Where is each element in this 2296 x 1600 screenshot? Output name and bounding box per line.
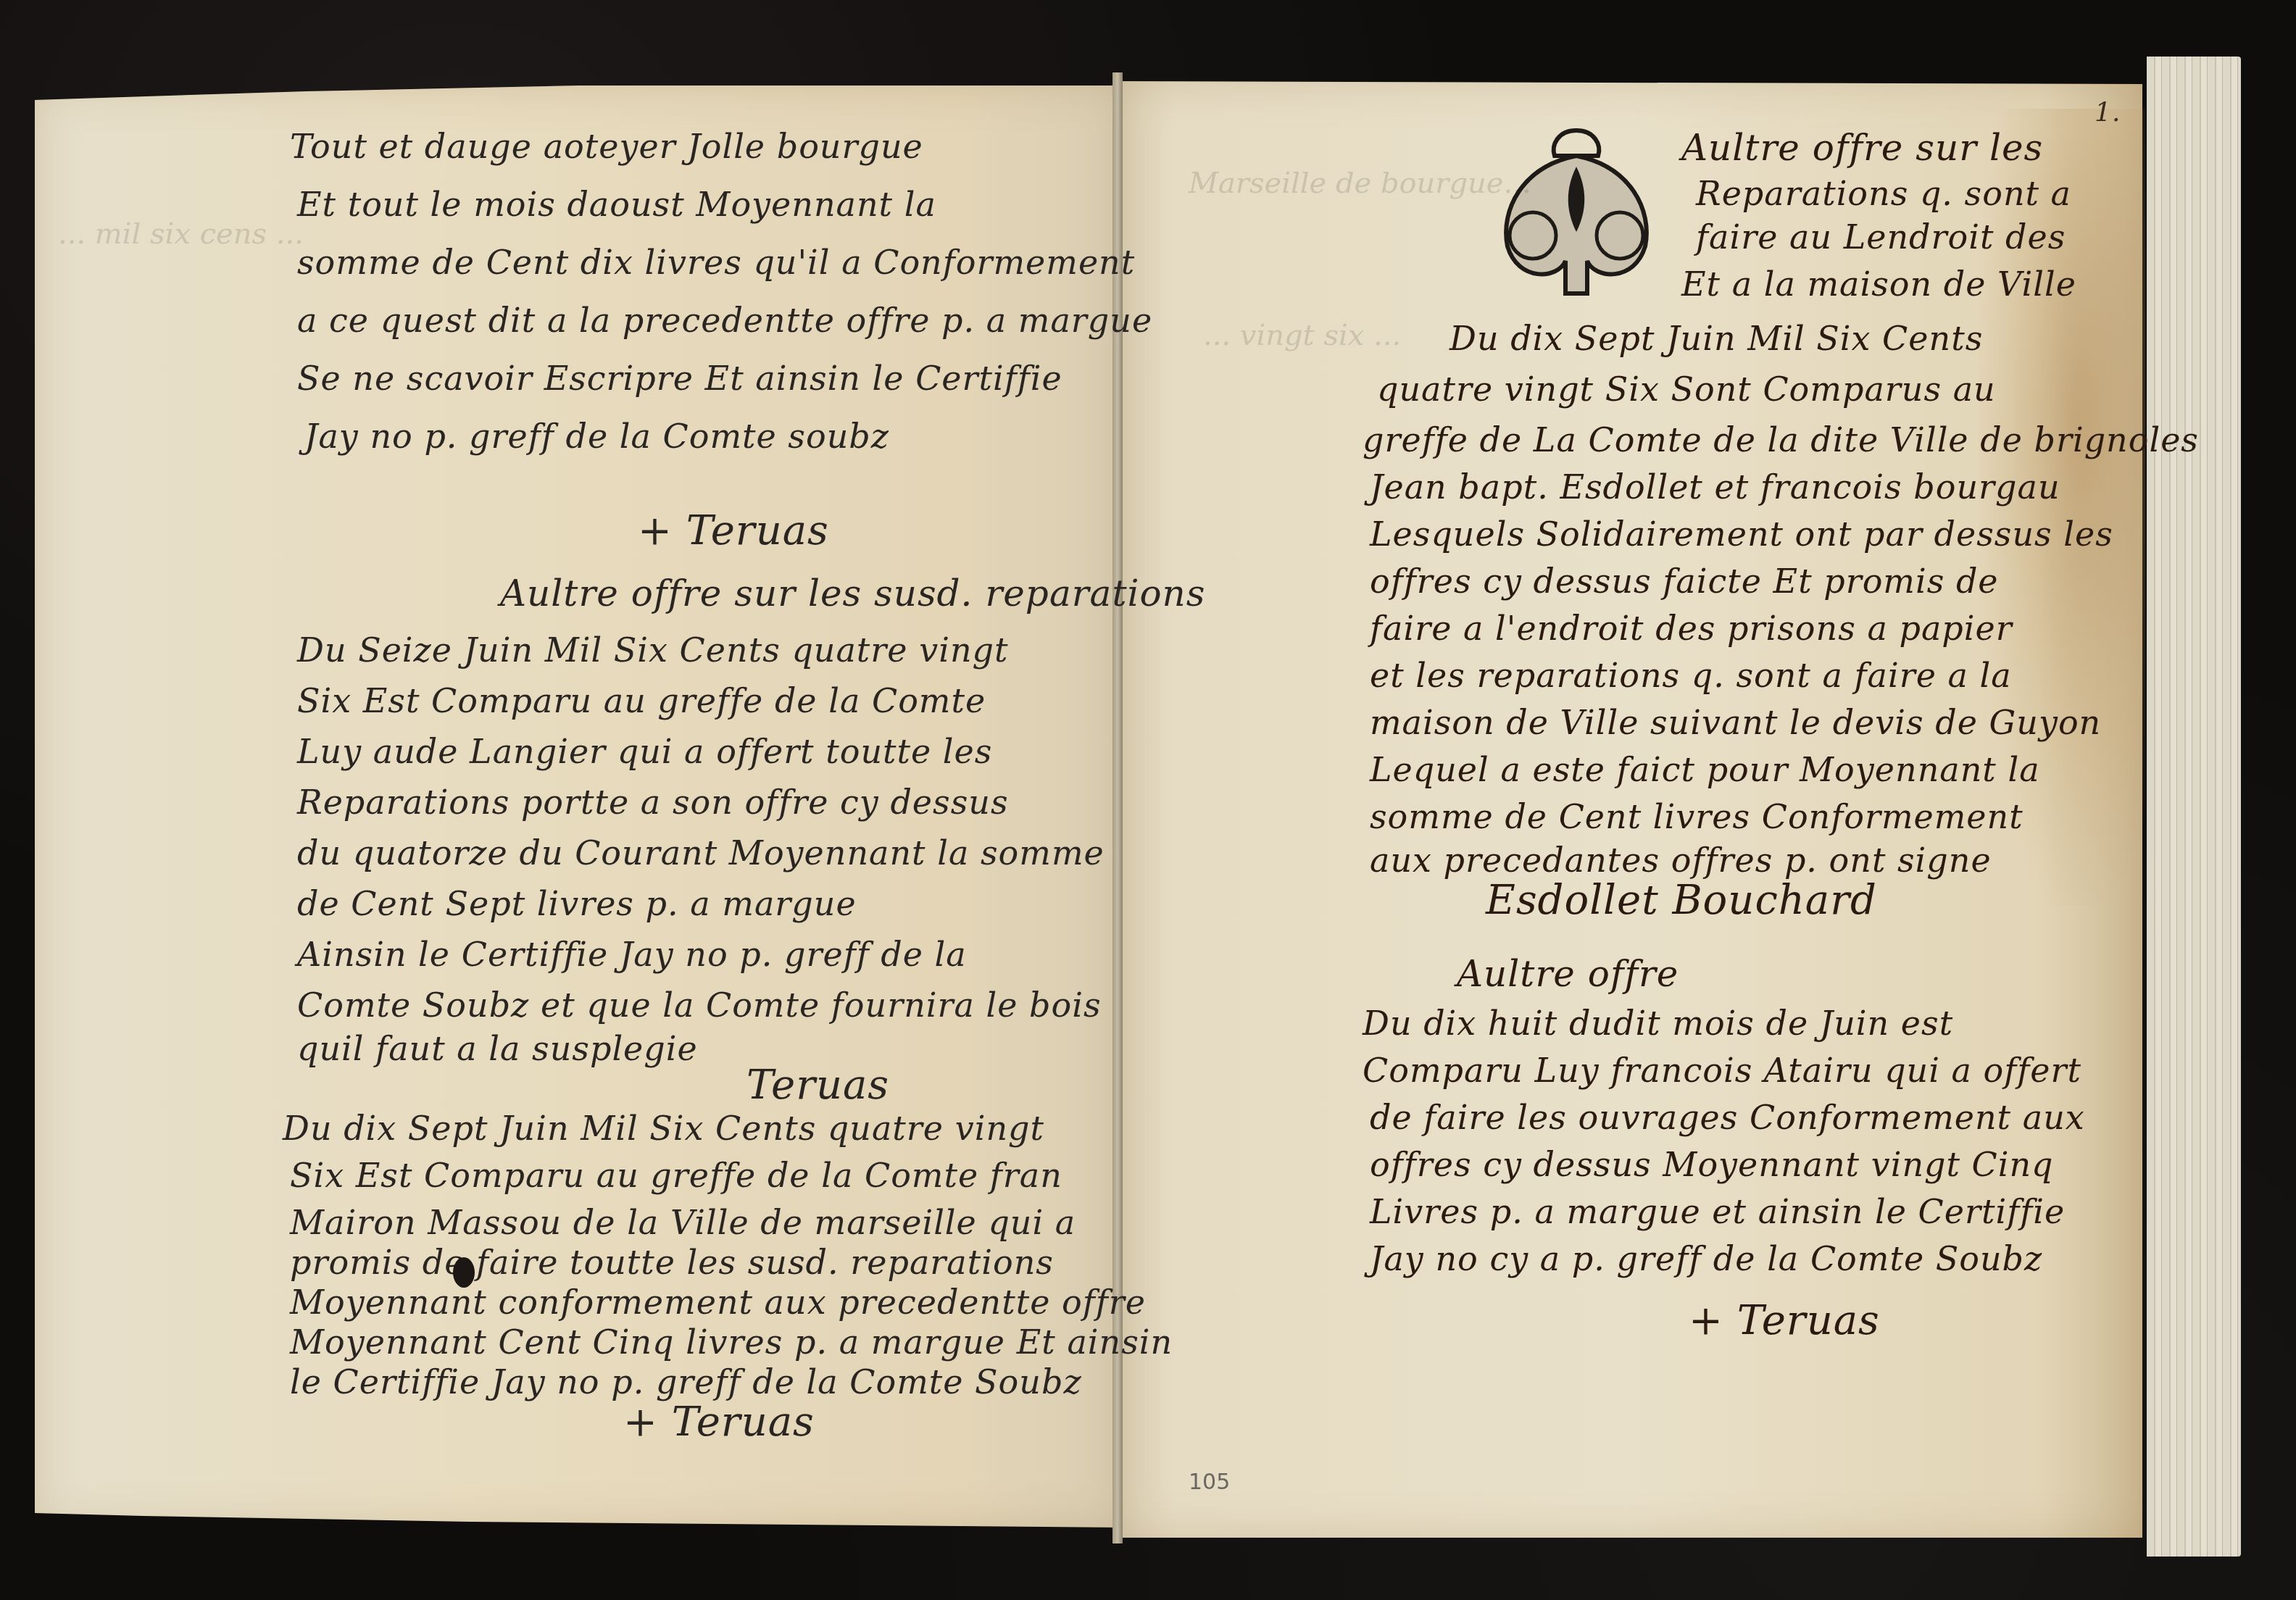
signature: Teruas	[746, 1062, 889, 1109]
manuscript-line: faire au Lendroit des	[1696, 217, 2066, 257]
manuscript-line: de faire les ouvrages Conformement aux	[1370, 1098, 2085, 1137]
manuscript-line: de Cent Sept livres p. a margue	[297, 884, 857, 923]
manuscript-line: Et tout le mois daoust Moyennant la	[297, 185, 936, 224]
manuscript-line: du quatorze du Courant Moyennant la somm…	[297, 833, 1105, 872]
manuscript-line: offres cy dessus Moyennant vingt Cinq	[1370, 1145, 2054, 1184]
manuscript-line: Du Seize Juin Mil Six Cents quatre vingt	[297, 630, 1008, 670]
manuscript-line: Ainsin le Certiffie Jay no p. greff de l…	[297, 935, 967, 974]
corner-mark: 1.	[2095, 98, 2121, 128]
manuscript-line: Se ne scavoir Escripre Et ainsin le Cert…	[297, 359, 1062, 398]
manuscript-line: a ce quest dit a la precedentte offre p.…	[297, 301, 1152, 340]
section-heading: Aultre offre sur les susd. reparations	[500, 572, 1205, 614]
bleed-through-text: ... vingt six ...	[1203, 319, 1401, 352]
manuscript-line: somme de Cent livres Conformement	[1370, 797, 2023, 836]
manuscript-line: le Certiffie Jay no p. greff de la Comte…	[290, 1362, 1082, 1401]
manuscript-line: Tout et dauge aoteyer Jolle bourgue	[290, 127, 923, 166]
manuscript-line: Reparations portte a son offre cy dessus	[297, 783, 1009, 822]
signature: + Teruas	[638, 507, 829, 554]
manuscript-line: Lequel a este faict pour Moyennant la	[1370, 750, 2040, 789]
signatures: Esdollet Bouchard	[1486, 877, 1877, 924]
manuscript-line: Six Est Comparu au greffe de la Comte fr…	[290, 1156, 1062, 1195]
manuscript-line: aux precedantes offres p. ont signe	[1370, 841, 1992, 880]
manuscript-line: faire a l'endroit des prisons a papier	[1370, 609, 2013, 648]
manuscript-line: maison de Ville suivant le devis de Guyo…	[1370, 703, 2101, 742]
manuscript-line: Livres p. a margue et ainsin le Certiffi…	[1370, 1192, 2065, 1231]
manuscript-line: Du dix Sept Juin Mil Six Cents	[1449, 319, 1983, 358]
section-heading: Aultre offre	[1457, 953, 1679, 995]
manuscript-line: Moyennant Cent Cinq livres p. a margue E…	[290, 1322, 1173, 1362]
manuscript-line: Jay no p. greff de la Comte soubz	[304, 417, 889, 456]
manuscript-line: Du dix huit dudit mois de Juin est	[1363, 1004, 1953, 1043]
manuscript-line: Six Est Comparu au greffe de la Comte	[297, 681, 986, 720]
manuscript-line: greffe de La Comte de la dite Ville de b…	[1363, 420, 2199, 459]
manuscript-line: Comte Soubz et que la Comte fournira le …	[297, 986, 1102, 1025]
manuscript-line: offres cy dessus faicte Et promis de	[1370, 562, 1999, 601]
manuscript-line: Reparations q. sont a	[1696, 174, 2071, 213]
manuscript-line: Comparu Luy francois Atairu qui a offert	[1363, 1051, 2081, 1090]
folio-number: 105	[1189, 1470, 1230, 1495]
page-edges	[2147, 57, 2241, 1557]
manuscript-line: Du dix Sept Juin Mil Six Cents quatre vi…	[283, 1109, 1044, 1148]
manuscript-line: quil faut a la susplegie	[297, 1029, 698, 1068]
fleur-de-lis-stamp-icon	[1478, 116, 1674, 297]
manuscript-line: Jay no cy a p. greff de la Comte Soubz	[1370, 1239, 2042, 1278]
manuscript-line: Et a la maison de Ville	[1681, 264, 2076, 304]
signature: + Teruas	[623, 1399, 815, 1446]
manuscript-line: quatre vingt Six Sont Comparus au	[1377, 370, 1996, 409]
manuscript-line: Jean bapt. Esdollet et francois bourgau	[1370, 467, 2060, 507]
manuscript-line: Mairon Massou de la Ville de marseille q…	[290, 1203, 1076, 1242]
section-heading: Aultre offre sur les	[1681, 127, 2043, 169]
manuscript-line: Moyennant conformement aux precedentte o…	[290, 1283, 1146, 1322]
manuscript-line: et les reparations q. sont a faire a la	[1370, 656, 2012, 695]
manuscript-line: promis de faire toutte les susd. reparat…	[290, 1243, 1054, 1282]
signature: + Teruas	[1689, 1297, 1880, 1344]
manuscript-line: Lesquels Solidairement ont par dessus le…	[1370, 514, 2113, 554]
manuscript-line: Luy aude Langier qui a offert toutte les	[297, 732, 992, 771]
bleed-through-text: ... mil six cens ...	[58, 217, 304, 251]
manuscript-line: somme de Cent dix livres qu'il a Conform…	[297, 243, 1135, 282]
ink-blot	[453, 1257, 475, 1288]
